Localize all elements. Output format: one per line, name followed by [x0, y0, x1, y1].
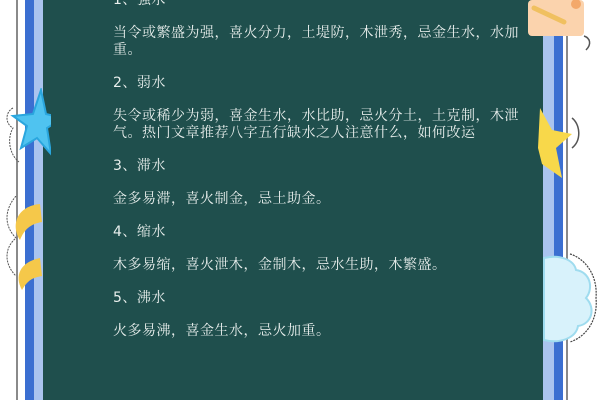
section-heading: 1、强水: [113, 0, 533, 9]
section-body: 火多易沸，喜金生水，忌火加重。: [113, 323, 533, 340]
blue-star-icon: [5, 88, 51, 164]
peach-box-icon: [528, 0, 600, 60]
section-heading: 2、弱水: [113, 75, 533, 92]
cloud-icon: [540, 252, 600, 348]
section-body: 当令或繁盛为强，喜火分力，土堤防，木泄秀，忌金生水，水加重。: [113, 25, 533, 59]
moon-icon: [16, 204, 42, 240]
section-body: 金多易滞，喜火制金，忌土助金。: [113, 191, 533, 208]
article-content: 1、强水 当令或繁盛为强，喜火分力，土堤防，木泄秀，忌金生水，水加重。 2、弱水…: [113, 0, 533, 356]
yellow-star-icon: [538, 108, 588, 198]
moon-icons: [0, 196, 45, 306]
section-heading: 5、沸水: [113, 290, 533, 307]
section-heading: 3、滞水: [113, 158, 533, 175]
section-body: 木多易缩，喜火泄木，金制木，忌水生助，木繁盛。: [113, 257, 533, 274]
section-body: 失令或稀少为弱，喜金生水，水比助，忌火分土，土克制，木泄气。热门文章推荐八字五行…: [113, 108, 533, 142]
moon-icon: [19, 258, 42, 290]
section-heading: 4、缩水: [113, 224, 533, 241]
